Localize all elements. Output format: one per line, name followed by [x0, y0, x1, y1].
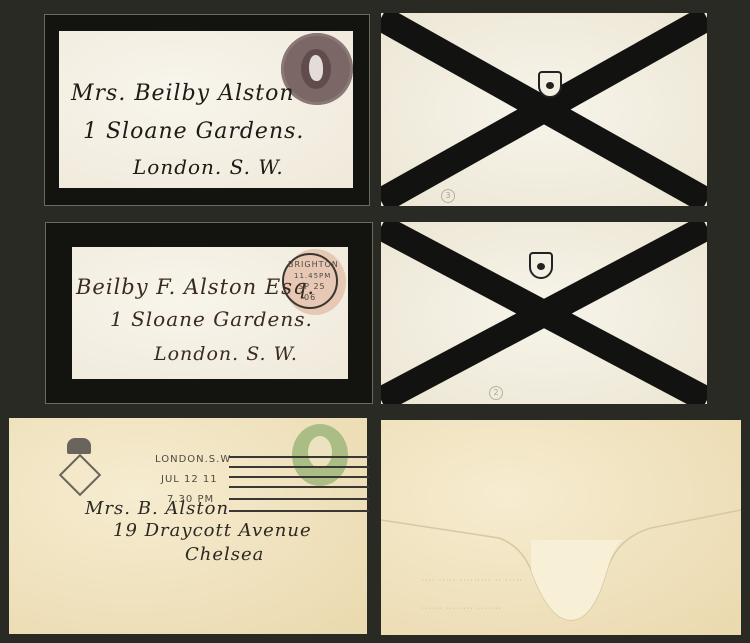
- crown-icon: [67, 438, 91, 454]
- shield-crest-icon: [538, 71, 562, 98]
- postmark-date: JUL 12 11: [161, 474, 218, 485]
- envelope-1-back: 3: [381, 13, 707, 206]
- envelope-3-front: LONDON.S.W JUL 12 11 7.30 PM Mrs. B. Als…: [9, 418, 367, 634]
- address-line-2: 1 Sloane Gardens.: [83, 119, 304, 144]
- machine-cancel-line: [229, 456, 369, 458]
- envelope-1-front: Mrs. Beilby Alston 1 Sloane Gardens. Lon…: [44, 14, 370, 206]
- mourning-x-band: [381, 222, 707, 404]
- envelope-3-back: ···· ····· ········· ·· ····· ······ ···…: [381, 420, 741, 635]
- machine-cancel-line: [229, 498, 369, 500]
- queen-head-icon: [309, 55, 323, 81]
- shield-crest-icon: [529, 252, 553, 279]
- address-line-3: London. S. W.: [154, 343, 298, 365]
- address-line-1: Mrs. Beilby Alston: [71, 81, 295, 106]
- address-line-2: 19 Draycott Avenue: [113, 520, 312, 541]
- envelope-2-back: 2: [381, 222, 707, 404]
- pencil-mark: 2: [489, 386, 503, 400]
- envelope-flap: [381, 420, 741, 635]
- machine-cancel-line: [229, 476, 369, 478]
- pencil-mark: 3: [441, 189, 455, 203]
- envelope-2-front: BRIGHTON 11.45PM SP 25 06 Beilby F. Alst…: [45, 222, 373, 404]
- faint-printed-text: ···· ····· ········· ·· ·····: [421, 578, 523, 584]
- machine-cancel-line: [229, 510, 369, 512]
- machine-cancel-line: [229, 486, 369, 488]
- address-line-3: London. S. W.: [133, 155, 284, 179]
- address-line-2: 1 Sloane Gardens.: [110, 307, 313, 331]
- postmark-town: LONDON.S.W: [155, 454, 231, 465]
- address-line-1: Mrs. B. Alston: [85, 498, 229, 519]
- faint-printed-text: ······ ········ ·······: [421, 606, 502, 612]
- address-line-3: Chelsea: [185, 544, 264, 565]
- monogram-icon: [59, 454, 101, 496]
- mourning-x-band: [381, 13, 707, 206]
- king-portrait-icon: [308, 436, 332, 468]
- address-line-1: Beilby F. Alston Esq.: [76, 275, 315, 299]
- machine-cancel-line: [229, 466, 369, 468]
